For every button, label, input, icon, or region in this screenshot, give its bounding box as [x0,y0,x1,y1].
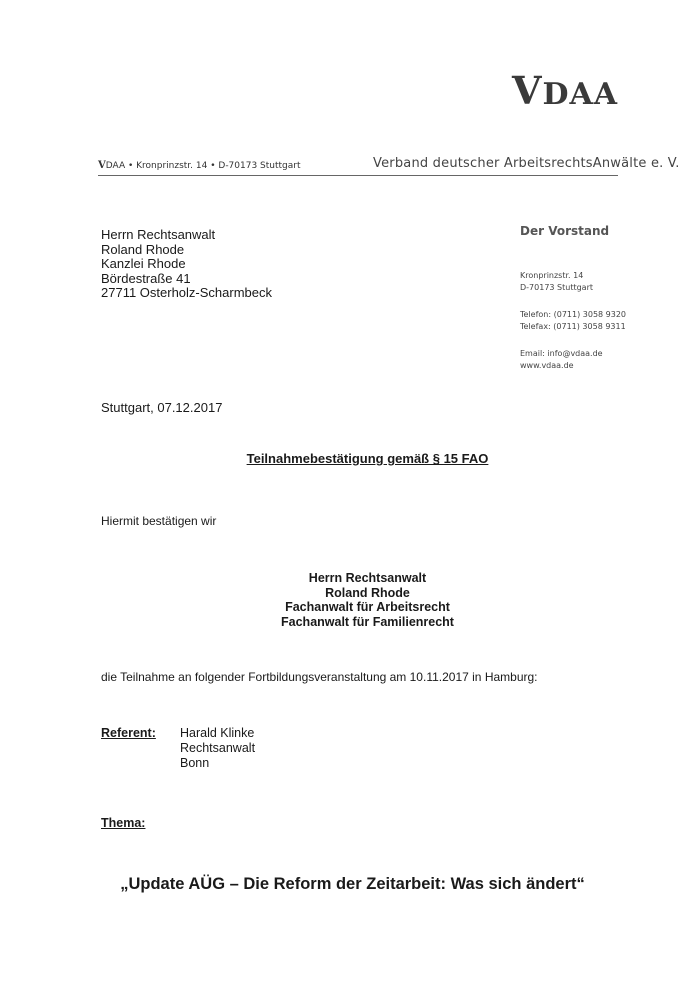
board-email: Email: info@vdaa.de [520,348,603,360]
header-divider [98,175,618,176]
recipient-address: Herrn Rechtsanwalt Roland Rhode Kanzlei … [101,228,272,301]
recipient-line: Roland Rhode [101,243,272,258]
referent-city: Bonn [180,756,255,771]
logo-initial: V [512,68,542,113]
board-contact: Email: info@vdaa.de www.vdaa.de [520,348,603,372]
board-telephone: Telefon: (0711) 3058 9320 [520,309,626,321]
theme-label: Thema: [101,816,145,830]
referent-label: Referent: [101,726,156,740]
place-date: Stuttgart, 07.12.2017 [101,400,222,415]
vdaa-logo: VDAA [512,68,618,113]
referent-title: Rechtsanwalt [180,741,255,756]
board-address: Kronprinzstr. 14 D-70173 Stuttgart [520,270,593,294]
organization-name: Verband deutscher ArbeitsrechtsAnwälte e… [373,156,680,171]
sender-address: DAA • Kronprinzstr. 14 • D-70173 Stuttga… [106,161,301,171]
participant-line: Herrn Rechtsanwalt [36,571,699,586]
participant-line: Roland Rhode [36,586,699,601]
logo-rest: DAA [542,77,618,112]
board-title: Der Vorstand [520,224,609,238]
sender-return-line: VDAA • Kronprinzstr. 14 • D-70173 Stuttg… [98,160,301,171]
recipient-line: 27711 Osterholz-Scharmbeck [101,286,272,301]
board-street: Kronprinzstr. 14 [520,270,593,282]
referent-details: Harald Klinke Rechtsanwalt Bonn [180,726,255,771]
participant-block: Herrn Rechtsanwalt Roland Rhode Fachanwa… [0,571,699,629]
board-city: D-70173 Stuttgart [520,282,593,294]
intro-text: Hiermit bestätigen wir [101,514,216,528]
participant-line: Fachanwalt für Familienrecht [36,615,699,630]
sender-initial: V [98,160,106,171]
recipient-line: Bördestraße 41 [101,272,272,287]
participant-line: Fachanwalt für Arbeitsrecht [36,600,699,615]
subject-line: Teilnahmebestätigung gemäß § 15 FAO [0,451,699,466]
board-telefax: Telefax: (0711) 3058 9311 [520,321,626,333]
board-phone: Telefon: (0711) 3058 9320 Telefax: (0711… [520,309,626,333]
recipient-line: Herrn Rechtsanwalt [101,228,272,243]
event-title: „Update AÜG – Die Reform der Zeitarbeit:… [0,875,699,894]
board-website: www.vdaa.de [520,360,603,372]
recipient-line: Kanzlei Rhode [101,257,272,272]
referent-name: Harald Klinke [180,726,255,741]
participation-text: die Teilnahme an folgender Fortbildungsv… [101,670,538,684]
